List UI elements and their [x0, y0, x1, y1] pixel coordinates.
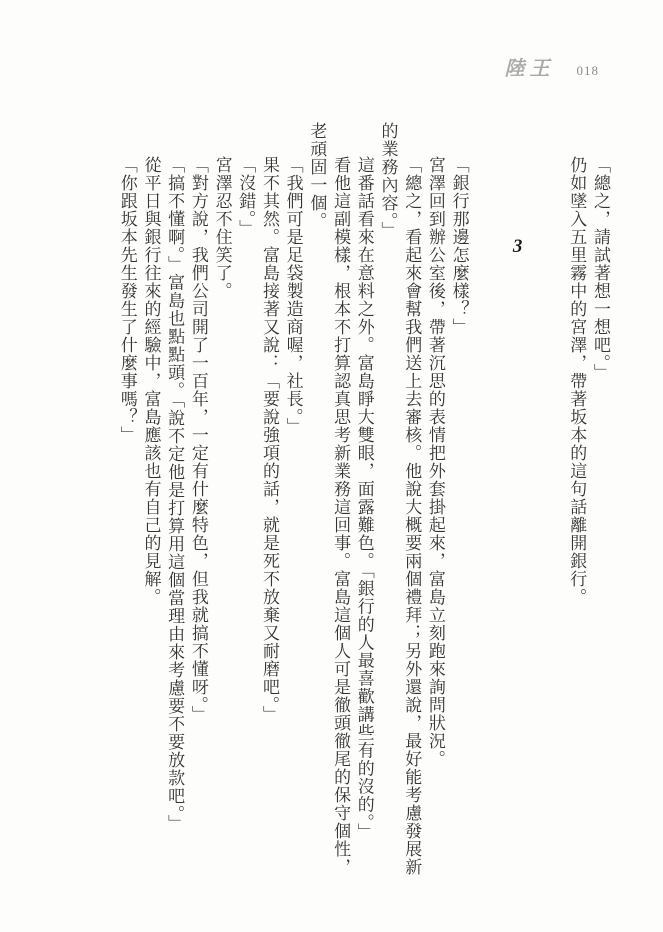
text-block: 「總之，請試著想一想吧。」仍如墜入五里霧中的宮澤，帶著坂本的這句話離開銀行。3「… — [115, 122, 612, 878]
paragraph: 宮澤忍不住笑了。 — [210, 122, 234, 878]
paragraph: 宮澤回到辦公室後，帶著沉思的表情把外套掛起來，富島立刻跑來詢問狀況。 — [423, 122, 447, 878]
section-number: 3 — [513, 235, 523, 259]
paragraph: 「銀行那邊怎麼樣？」 — [447, 122, 471, 878]
paragraph: 果不其然。富島接著又說：「要說強項的話，就是死不放棄又耐磨吧。」 — [257, 122, 281, 878]
paragraph: 「你跟坂本先生發生了什麼事嗎？」 — [115, 122, 139, 878]
running-header: 陸王 018 — [505, 52, 600, 81]
paragraph: 「搞不懂啊。」富島也點點頭。「說不定他是打算用這個當理由來考慮要不要放款吧。」 — [162, 122, 186, 878]
paragraph: 「我們可是足袋製造商喔，社長。」 — [281, 122, 305, 878]
paragraph: 仍如墜入五里霧中的宮澤，帶著坂本的這句話離開銀行。 — [565, 122, 589, 878]
section-break: 3 — [471, 122, 565, 878]
paragraph: 這番話看來在意料之外。富島睜大雙眼，面露難色。「銀行的人最喜歡講些有的沒的。」 — [352, 122, 376, 878]
book-page: 陸王 018 「總之，請試著想一想吧。」仍如墜入五里霧中的宮澤，帶著坂本的這句話… — [0, 0, 663, 932]
paragraph: 「沒錯。」 — [234, 122, 258, 878]
page-number: 018 — [577, 63, 600, 79]
paragraph: 「總之，看起來會幫我們送上去審核。他說大概要兩個禮拜；另外還說，最好能考慮發展新… — [376, 122, 423, 878]
paragraph: 「總之，請試著想一想吧。」 — [588, 122, 612, 878]
paragraph: 看他這副模樣，根本不打算認真思考新業務這回事。富島這個人可是徹頭徹尾的保守個性，… — [305, 122, 352, 878]
paragraph: 從平日與銀行往來的經驗中，富島應該也有自己的見解。 — [139, 122, 163, 878]
paragraph: 「對方說，我們公司開了一百年，一定有什麼特色，但我就搞不懂呀。」 — [186, 122, 210, 878]
book-title: 陸王 — [505, 52, 555, 81]
